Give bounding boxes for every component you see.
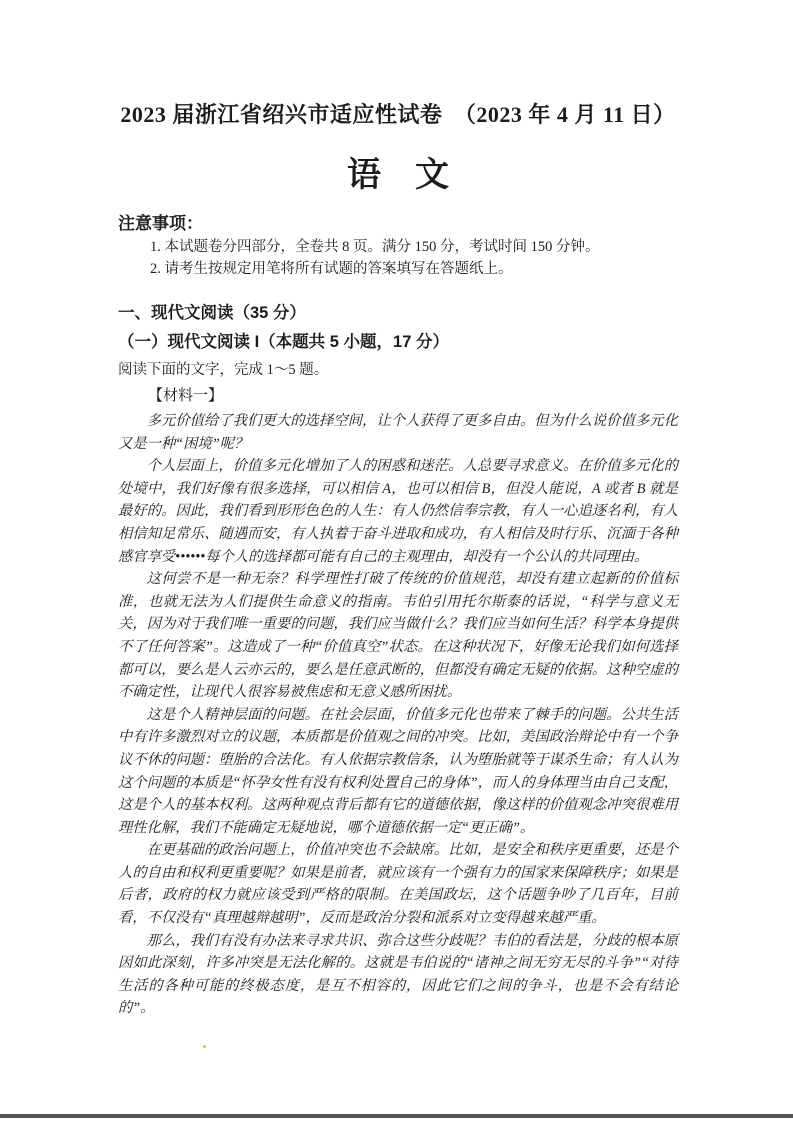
subject-title: 语 文 [118,156,678,196]
section-heading-reading-one: （一）现代文阅读 I（本题共 5 小题，17 分） [118,330,678,354]
material-paragraph-5: 在更基础的政治问题上，价值冲突也不会缺席。比如，是安全和秩序更重要，还是个人的自… [118,839,678,929]
notice-heading: 注意事项： [118,212,678,235]
section-heading-modern-reading: 一、现代文阅读（35 分） [118,301,678,325]
notice-section: 注意事项： 1. 本试题卷分四部分，全卷共 8 页。满分 150 分，考试时间 … [118,212,678,280]
material-paragraph-2: 个人层面上，价值多元化增加了人的困惑和迷茫。人总要寻求意义。在价值多元化的处境中… [118,455,678,568]
notice-item-2: 2. 请考生按规定用笔将所有试题的答案填写在答题纸上。 [150,258,678,280]
notice-item-1: 1. 本试题卷分四部分，全卷共 8 页。满分 150 分，考试时间 150 分钟… [150,236,678,258]
material-one-label: 【材料一】 [118,384,678,409]
material-one-body: 多元价值给了我们更大的选择空间，让个人获得了更多自由。但为什么说价值多元化又是一… [118,410,678,1020]
material-paragraph-3: 这何尝不是一种无奈？科学理性打破了传统的价值规范，却没有建立起新的价值标准，也就… [118,568,678,704]
material-paragraph-6: 那么，我们有没有办法来寻求共识、弥合这些分歧呢？韦伯的看法是，分歧的根本原因如此… [118,930,678,1020]
reading-instruction: 阅读下面的文字，完成 1～5 题。 [118,358,678,382]
notice-items: 1. 本试题卷分四部分，全卷共 8 页。满分 150 分，考试时间 150 分钟… [118,236,678,280]
scan-artifact-dot [203,1045,206,1048]
material-paragraph-1: 多元价值给了我们更大的选择空间，让个人获得了更多自由。但为什么说价值多元化又是一… [118,410,678,455]
exam-title: 2023 届浙江省绍兴市适应性试卷 （2023 年 4 月 11 日） [118,101,678,129]
material-paragraph-4: 这是个人精神层面的问题。在社会层面，价值多元化也带来了棘手的问题。公共生活中有许… [118,704,678,840]
page-bottom-edge [0,1114,793,1118]
exam-page: 2023 届浙江省绍兴市适应性试卷 （2023 年 4 月 11 日） 语 文 … [0,0,793,1122]
